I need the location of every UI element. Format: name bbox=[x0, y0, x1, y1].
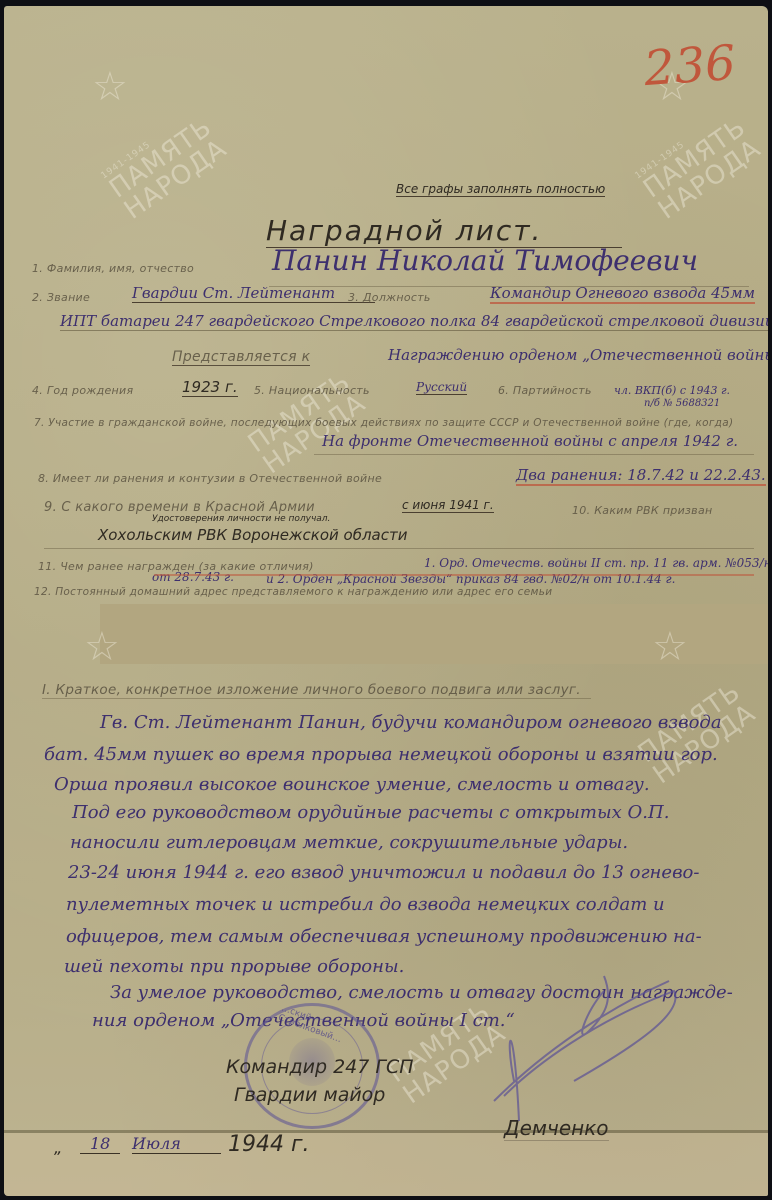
rule bbox=[314, 454, 754, 455]
date-open-quote: „ bbox=[54, 1138, 62, 1157]
field-8-wounds-value: Два ранения: 18.7.42 и 22.2.43. bbox=[516, 466, 766, 486]
watermark: 1941-1945 ПАМЯТЬ НАРОДА bbox=[634, 107, 765, 224]
fold-line bbox=[4, 1130, 768, 1133]
field-8-label: 8. Имеет ли ранения и контузии в Отечест… bbox=[38, 472, 382, 485]
award-sheet-document: ☆ 1941-1945 ПАМЯТЬ НАРОДА ☆ 1941-1945 ПА… bbox=[4, 6, 768, 1196]
narrative-line: наносили гитлеровцам меткие, сокрушитель… bbox=[70, 832, 628, 853]
narrative-line: пулеметных точек и истребил до взвода не… bbox=[66, 894, 665, 915]
field-1-name-value: Панин Николай Тимофеевич bbox=[272, 244, 698, 277]
narrative-heading: I. Краткое, конкретное изложение личного… bbox=[42, 682, 591, 699]
date-month: Июля bbox=[132, 1134, 221, 1154]
signatory-position: Командир 247 ГСП bbox=[226, 1056, 414, 1078]
field-3-position-value: Командир Огневого взвода 45мм bbox=[490, 284, 755, 304]
date-day: 18 bbox=[80, 1134, 120, 1154]
watermark: 1941-1945 ПАМЯТЬ НАРОДА bbox=[100, 107, 231, 224]
field-10-label: 10. Каким РВК призван bbox=[572, 504, 713, 517]
narrative-line: 23-24 июня 1944 г. его взвод уничтожил и… bbox=[68, 862, 699, 883]
field-6-party-value: чл. ВКП(б) с 1943 г. bbox=[614, 384, 730, 397]
redacted-address-area bbox=[100, 604, 768, 664]
signatory-rank: Гвардии майор bbox=[234, 1084, 385, 1106]
rule bbox=[44, 548, 754, 549]
field-11-award-1: 1. Орд. Отечеств. войны II ст. пр. 11 гв… bbox=[424, 556, 768, 570]
narrative-line: Гв. Ст. Лейтенант Панин, будучи командир… bbox=[100, 712, 722, 733]
field-3-position-continuation: ИПТ батареи 247 гвардейского Стрелкового… bbox=[60, 312, 768, 331]
watermark: ПАМЯТЬ НАРОДА bbox=[634, 679, 760, 789]
field-10-id-note: Удостоверения личности не получал. bbox=[152, 514, 330, 524]
field-10-rvk-value: Хохольским РВК Воронежской области bbox=[98, 526, 408, 544]
rule-red bbox=[154, 574, 754, 576]
field-5-label: 5. Национальность bbox=[254, 384, 370, 397]
document-title: Наградной лист. bbox=[266, 214, 622, 248]
field-2-label: 2. Звание bbox=[32, 291, 90, 304]
field-7-front-value: На фронте Отечественной войны с апреля 1… bbox=[322, 432, 738, 450]
field-9-since-value: с июня 1941 г. bbox=[402, 498, 494, 513]
narrative-line: шей пехоты при прорыве обороны. bbox=[64, 956, 404, 977]
handwritten-signature bbox=[474, 971, 684, 1121]
date-year: 1944 г. bbox=[228, 1132, 310, 1157]
field-7-label: 7. Участие в гражданской войне, последую… bbox=[34, 412, 754, 434]
field-1-label: 1. Фамилия, имя, отчество bbox=[32, 262, 194, 275]
field-3-label: 3. Должность bbox=[348, 291, 431, 304]
narrative-line: бат. 45мм пушек во время прорыва немецко… bbox=[44, 744, 718, 765]
instruction-note: Все графы заполнять полностью bbox=[396, 182, 605, 197]
field-4-label: 4. Год рождения bbox=[32, 384, 133, 397]
field-12-label: 12. Постоянный домашний адрес представля… bbox=[34, 586, 552, 598]
field-2-rank-value: Гвардии Ст. Лейтенант bbox=[132, 284, 375, 303]
field-6-label: 6. Партийность bbox=[498, 384, 592, 397]
narrative-line: Под его руководством орудийные расчеты с… bbox=[72, 802, 669, 823]
narrative-line: Орша проявил высокое воинское умение, см… bbox=[54, 774, 650, 795]
field-6-party-card: п/б № 5688321 bbox=[644, 398, 720, 409]
field-11-award-1-date: от 28.7.43 г. bbox=[152, 570, 234, 584]
field-4-birth-year-value: 1923 г. bbox=[182, 378, 238, 397]
presented-award-value: Награждению орденом „Отечественной войны… bbox=[388, 346, 768, 364]
folio-number: 236 bbox=[642, 35, 737, 97]
narrative-line: офицеров, тем самым обеспечивая успешном… bbox=[66, 926, 702, 947]
star-icon: ☆ bbox=[92, 64, 128, 110]
presented-label: Представляется к bbox=[172, 349, 310, 366]
field-9-label: 9. С какого времени в Красной Армии bbox=[44, 500, 315, 515]
field-5-nationality-value: Русский bbox=[416, 380, 467, 395]
